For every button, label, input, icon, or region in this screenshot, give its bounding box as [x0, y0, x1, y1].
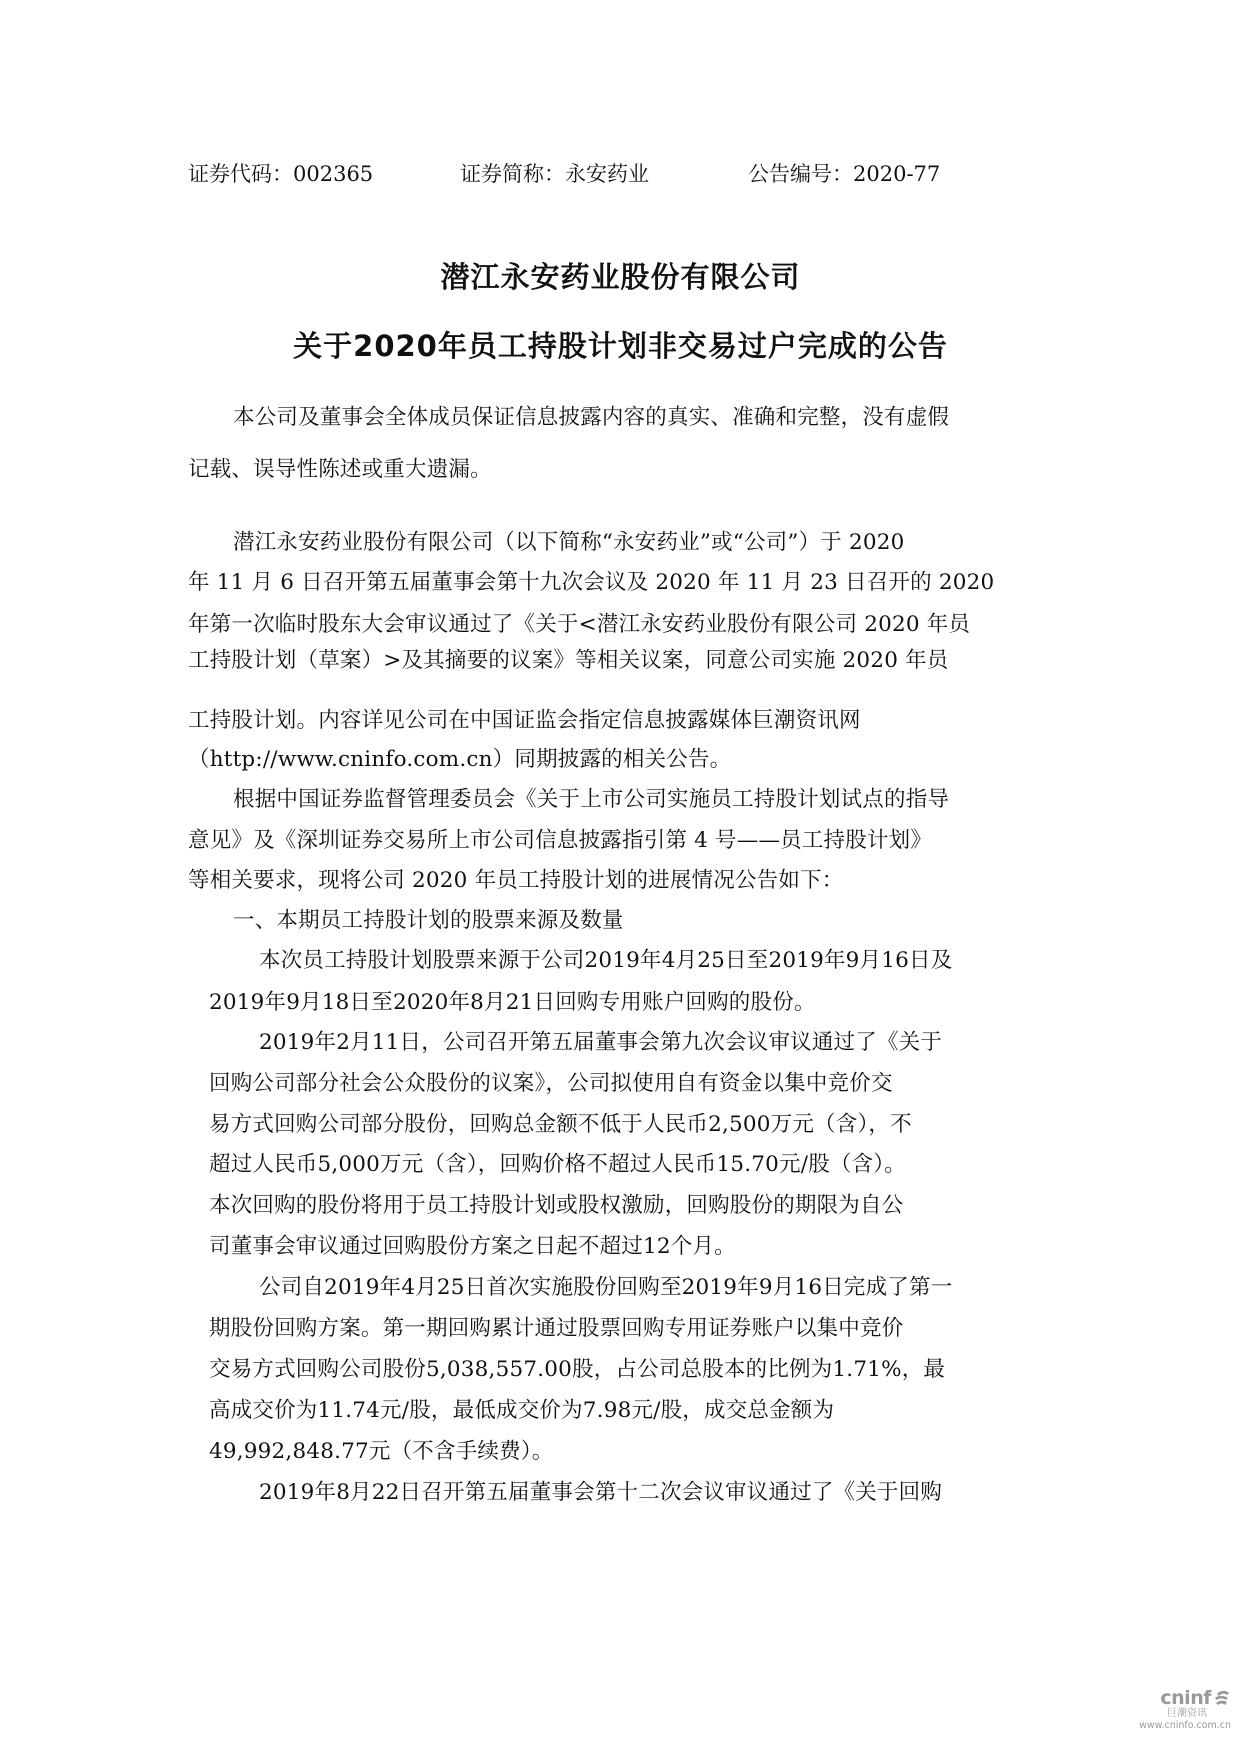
body-line: 年 11 月 6 日召开第五届董事会第十九次会议及 2020 年 11 月 23… [188, 568, 994, 598]
cninfo-swirl-icon [1213, 1689, 1231, 1707]
body-line: 2019年9月18日至2020年8月21日回购专用账户回购的股份。 [209, 988, 816, 1018]
cninfo-brand-text: cninf [1160, 1688, 1211, 1708]
body-line: 高成交价为11.74元/股，最低成交价为7.98元/股，成交总金额为 [209, 1396, 834, 1426]
document-page: 证券代码：002365 证券简称：永安药业 公告编号：2020-77 潜江永安药… [0, 0, 1241, 1754]
stock-name: 证券简称：永安药业 [460, 157, 649, 191]
body-line: 根据中国证券监督管理委员会《关于上市公司实施员工持股计划试点的指导 [233, 785, 949, 815]
cninfo-watermark: cninf 巨潮资讯 www.cninfo.com.cn [1123, 1688, 1231, 1746]
body-line: 回购公司部分社会公众股份的议案》，公司拟使用自有资金以集中竞价交 [209, 1069, 893, 1099]
body-line: 意见》及《深圳证券交易所上市公司信息披露指引第 4 号——员工持股计划》 [188, 826, 932, 856]
body-line: 工持股计划（草案）>及其摘要的议案》等相关议案，同意公司实施 2020 年员 [188, 646, 949, 676]
body-line: 易方式回购公司部分股份，回购总金额不低于人民币2,500万元（含），不 [209, 1110, 912, 1140]
cninfo-brand: cninf [1160, 1688, 1231, 1708]
body-line: 本次回购的股份将用于员工持股计划或股权激励，回购股份的期限为自公 [209, 1191, 903, 1221]
body-line: （http://www.cninfo.com.cn）同期披露的相关公告。 [188, 745, 731, 775]
body-line: 49,992,848.77元（不含手续费）。 [209, 1437, 553, 1467]
body-line: 公司自2019年4月25日首次实施股份回购至2019年9月16日完成了第一 [259, 1273, 952, 1303]
cninfo-chinese-name: 巨潮资讯 [1143, 1708, 1231, 1720]
section-heading: 一、本期员工持股计划的股票来源及数量 [233, 906, 624, 936]
stock-code: 证券代码：002365 [188, 157, 373, 191]
body-line: 记载、误导性陈述或重大遗漏。 [188, 455, 492, 485]
company-title: 潜江永安药业股份有限公司 [0, 255, 1241, 296]
body-line: 交易方式回购公司股份5,038,557.00股，占公司总股本的比例为1.71%，… [209, 1355, 945, 1385]
body-line: 期股份回购方案。第一期回购累计通过股票回购专用证券账户以集中竞价 [209, 1314, 903, 1344]
body-line: 本次员工持股计划股票来源于公司2019年4月25日至2019年9月16日及 [259, 946, 952, 976]
body-line: 工持股计划。内容详见公司在中国证监会指定信息披露媒体巨潮资讯网 [188, 706, 861, 736]
body-line: 等相关要求，现将公司 2020 年员工持股计划的进展情况公告如下： [188, 866, 844, 896]
announcement-header: 证券代码：002365 证券简称：永安药业 公告编号：2020-77 [188, 157, 1044, 191]
body-line: 年第一次临时股东大会审议通过了《关于<潜江永安药业股份有限公司 2020 年员 [188, 610, 970, 640]
body-line: 2019年2月11日，公司召开第五届董事会第九次会议审议通过了《关于 [259, 1028, 942, 1058]
cninfo-url: www.cninfo.com.cn [1123, 1720, 1231, 1732]
body-line: 2019年8月22日召开第五届董事会第十二次会议审议通过了《关于回购 [259, 1478, 942, 1508]
body-line: 潜江永安药业股份有限公司（以下简称“永安药业”或“公司”）于 2020 [233, 528, 905, 558]
announcement-title: 关于2020年员工持股计划非交易过户完成的公告 [0, 324, 1241, 365]
announcement-number: 公告编号：2020-77 [748, 157, 940, 191]
body-line: 司董事会审议通过回购股份方案之日起不超过12个月。 [209, 1232, 736, 1262]
body-line: 本公司及董事会全体成员保证信息披露内容的真实、准确和完整，没有虚假 [233, 403, 949, 433]
body-line: 超过人民币5,000万元（含），回购价格不超过人民币15.70元/股（含）。 [209, 1150, 906, 1180]
